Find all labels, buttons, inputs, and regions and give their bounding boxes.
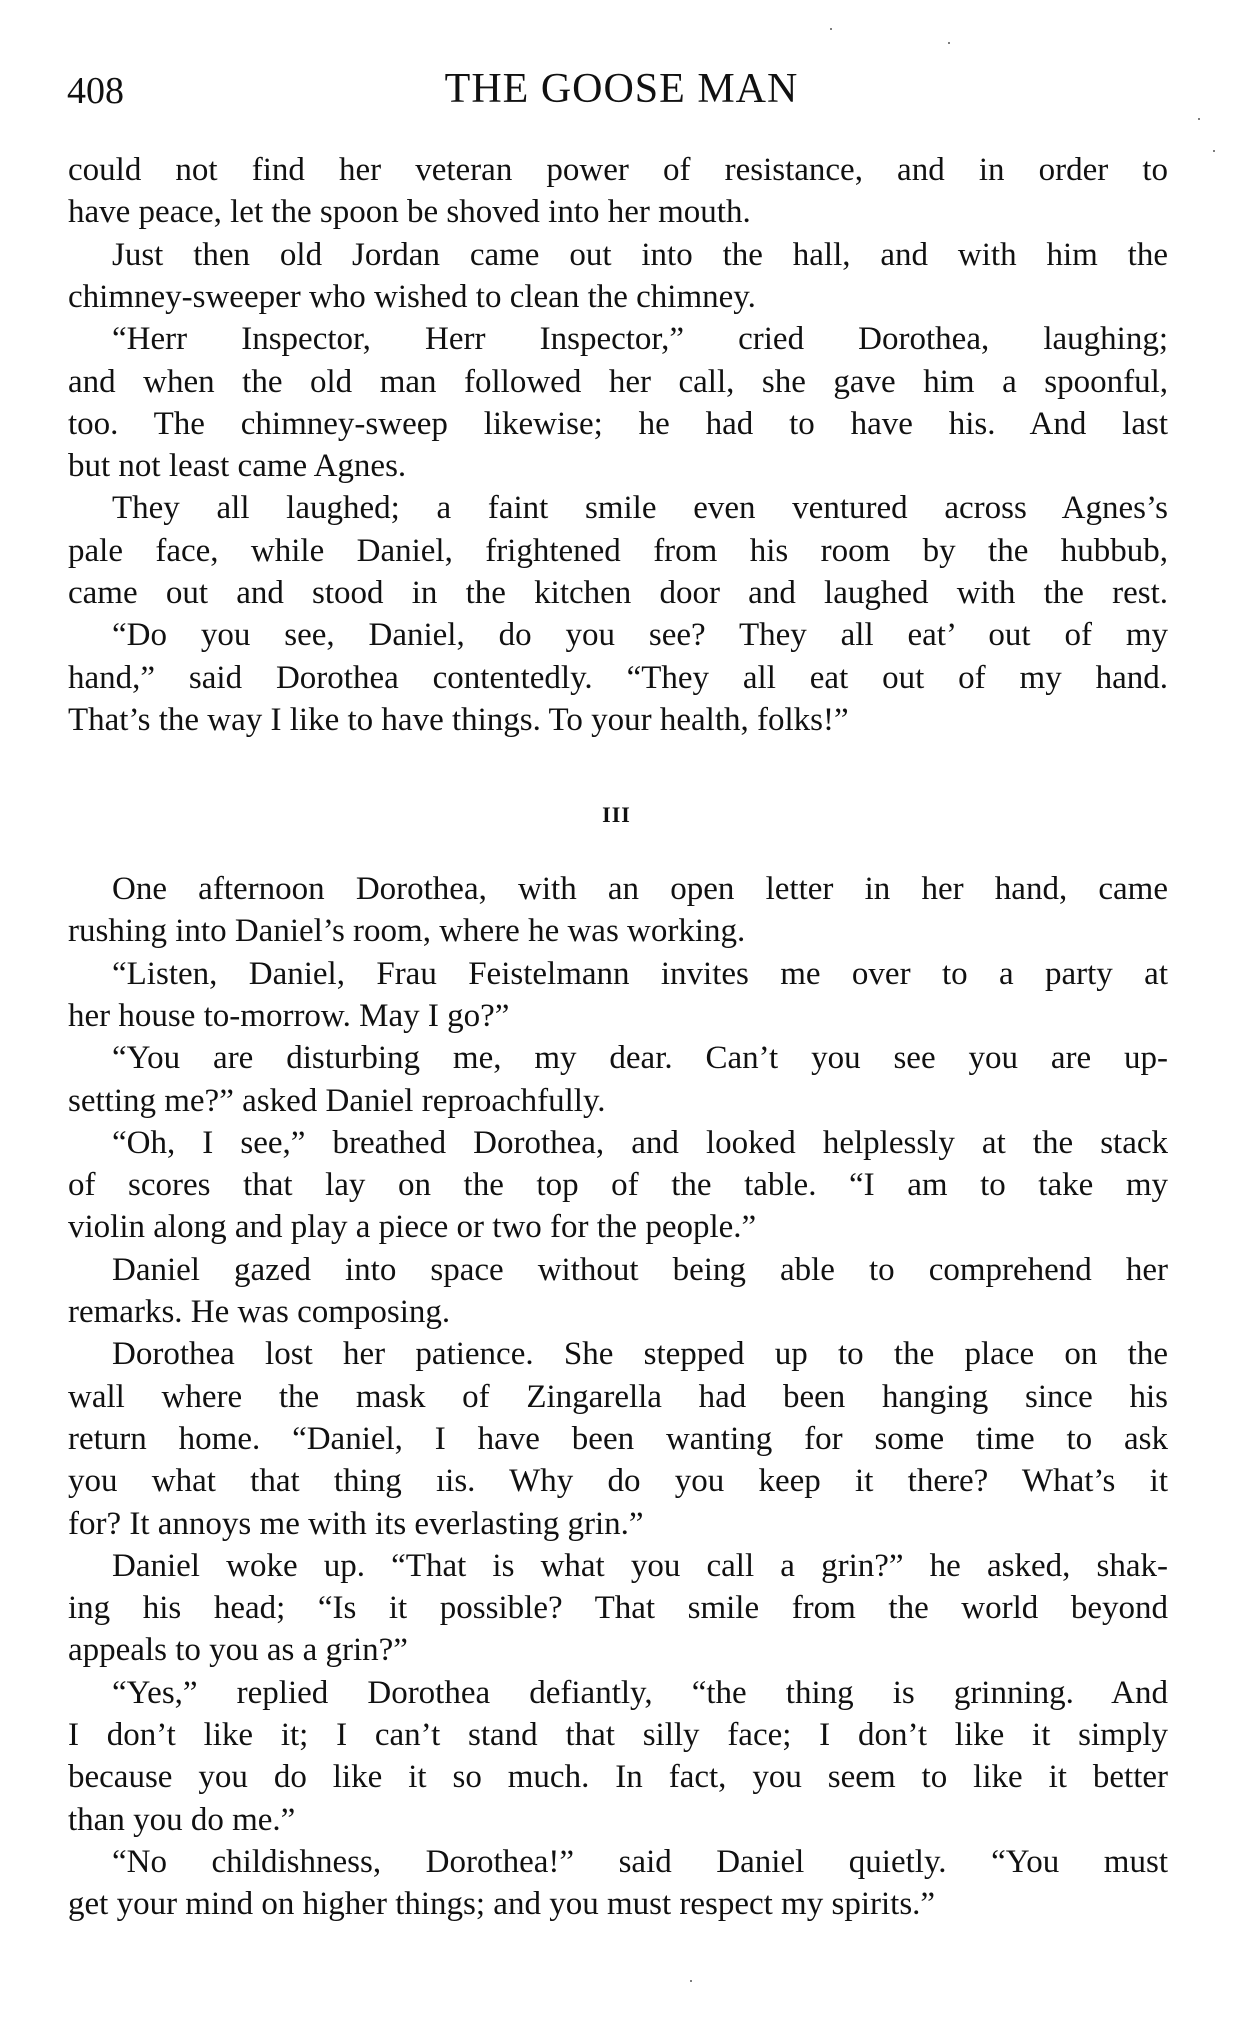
text-line: “Herr Inspector, Herr Inspector,” cried …: [68, 318, 1168, 360]
text-line: “You are disturbing me, my dear. Can’t y…: [68, 1037, 1168, 1079]
text-line: “Listen, Daniel, Frau Feistelmann invite…: [68, 953, 1168, 995]
text-line: “Yes,” replied Dorothea defiantly, “the …: [68, 1672, 1168, 1714]
text-line: I don’t like it; I can’t stand that sill…: [68, 1714, 1168, 1756]
text-line: you what that thing ıis. Why do you keep…: [68, 1460, 1168, 1502]
scan-speck: [948, 42, 950, 44]
text-line: get your mind on higher things; and you …: [68, 1883, 1168, 1925]
text-line: came out and stood in the kitchen door a…: [68, 572, 1168, 614]
scan-speck: [830, 28, 832, 30]
text-line: because you do like it so much. In fact,…: [68, 1756, 1168, 1798]
text-line: appeals to you as a grin?”: [68, 1629, 1168, 1671]
book-page: 408 THE GOOSE MAN could not find her vet…: [0, 0, 1233, 2033]
text-line: return home. “Daniel, I have been wantin…: [68, 1418, 1168, 1460]
text-line: Just then old Jordan came out into the h…: [68, 234, 1168, 276]
text-line: could not find her veteran power of resi…: [68, 149, 1168, 191]
text-line: violin along and play a piece or two for…: [68, 1206, 1168, 1248]
text-line: setting me?” asked Daniel reproachfully.: [68, 1080, 1168, 1122]
text-line: wall where the mask of Zingarella had be…: [68, 1376, 1168, 1418]
text-line: than you do me.”: [68, 1799, 1168, 1841]
scan-speck: [1198, 118, 1200, 120]
running-title: THE GOOSE MAN: [0, 62, 1233, 116]
text-line: but not least came Agnes.: [68, 445, 1168, 487]
text-line: and when the old man followed her call, …: [68, 361, 1168, 403]
text-line: her house to-morrow. May I go?”: [68, 995, 1168, 1037]
text-line: “Oh, I see,” breathed Dorothea, and look…: [68, 1122, 1168, 1164]
text-line: too. The chimney-sweep likewise; he had …: [68, 403, 1168, 445]
text-line: for? It annoys me with its everlasting g…: [68, 1503, 1168, 1545]
scan-speck: [690, 1980, 692, 1982]
section-number: III: [0, 800, 1233, 830]
text-line: ing his head; “Is it possible? That smil…: [68, 1587, 1168, 1629]
text-line: They all laughed; a faint smile even ven…: [68, 487, 1168, 529]
text-line: That’s the way I like to have things. To…: [68, 699, 1168, 741]
text-line: Dorothea lost her patience. She stepped …: [68, 1333, 1168, 1375]
text-line: pale face, while Daniel, frightened from…: [68, 530, 1168, 572]
text-line: Daniel gazed into space without being ab…: [68, 1249, 1168, 1291]
scan-speck: [1213, 150, 1215, 152]
text-line: remarks. He was composing.: [68, 1291, 1168, 1333]
text-line: hand,” said Dorothea contentedly. “They …: [68, 657, 1168, 699]
text-line: have peace, let the spoon be shoved into…: [68, 191, 1168, 233]
text-line: “No childishness, Dorothea!” said Daniel…: [68, 1841, 1168, 1883]
text-line: Daniel woke up. “That is what you call a…: [68, 1545, 1168, 1587]
text-line: “Do you see, Daniel, do you see? They al…: [68, 614, 1168, 656]
text-line: One afternoon Dorothea, with an open let…: [68, 868, 1168, 910]
text-line: rushing into Daniel’s room, where he was…: [68, 910, 1168, 952]
text-line: of scores that lay on the top of the tab…: [68, 1164, 1168, 1206]
text-line: chimney-sweeper who wished to clean the …: [68, 276, 1168, 318]
